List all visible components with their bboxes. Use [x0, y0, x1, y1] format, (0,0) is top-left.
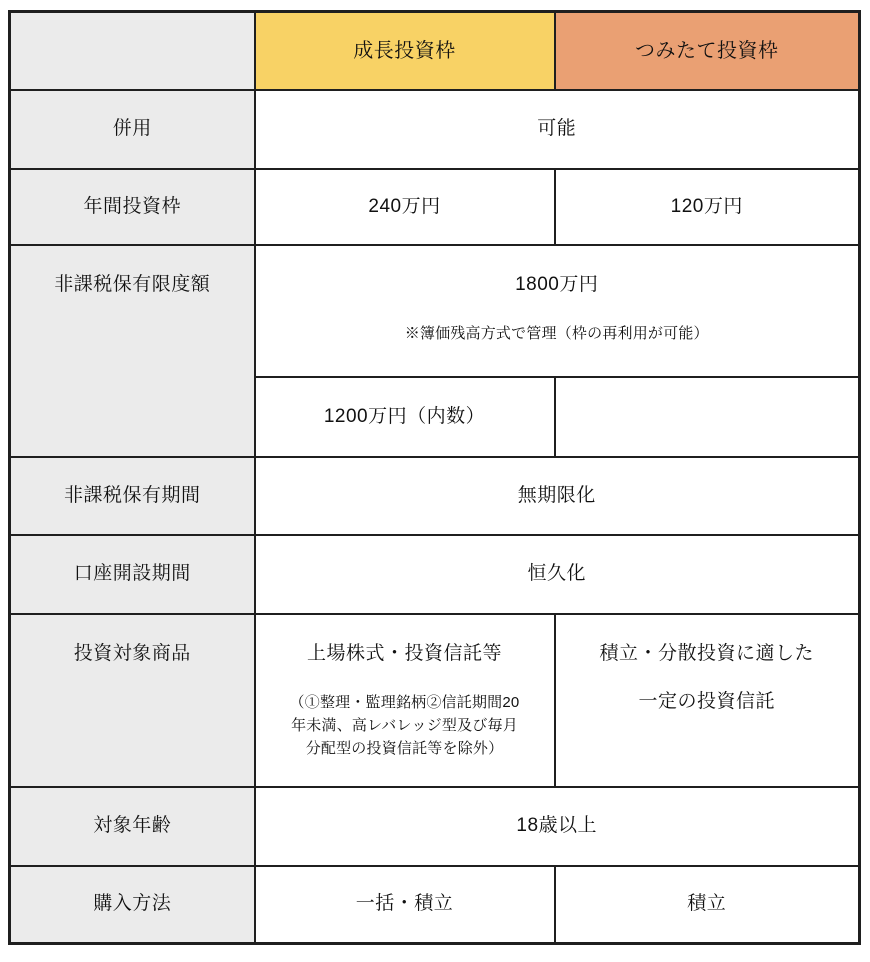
cell-annual-growth: 240万円 — [255, 169, 555, 245]
cell-account-period-value: 恒久化 — [255, 535, 860, 614]
row-annual: 年間投資枠 240万円 120万円 — [10, 169, 860, 245]
row-limit-total: 非課税保有限度額 1800万円 ※簿価残高方式で管理（枠の再利用が可能） — [10, 245, 860, 377]
row-label-holding-period: 非課税保有期間 — [10, 457, 255, 535]
row-label-age: 対象年齢 — [10, 787, 255, 866]
row-purchase: 購入方法 一括・積立 積立 — [10, 866, 860, 944]
row-heiyo: 併用 可能 — [10, 90, 860, 169]
row-label-account-period: 口座開設期間 — [10, 535, 255, 614]
row-account-period: 口座開設期間 恒久化 — [10, 535, 860, 614]
limit-total-value: 1800万円 — [256, 272, 859, 298]
cell-age-value: 18歳以上 — [255, 787, 860, 866]
row-label-heiyo: 併用 — [10, 90, 255, 169]
cell-holding-period-value: 無期限化 — [255, 457, 860, 535]
row-label-limit: 非課税保有限度額 — [10, 245, 255, 457]
nisa-comparison-table: 成長投資枠 つみたて投資枠 併用 可能 年間投資枠 240万円 120万円 非課… — [8, 10, 861, 945]
cell-purchase-growth: 一括・積立 — [255, 866, 555, 944]
cell-limit-tsumitate-inner — [555, 377, 860, 457]
row-label-products: 投資対象商品 — [10, 614, 255, 787]
corner-cell — [10, 12, 255, 90]
nisa-comparison-page: 成長投資枠 つみたて投資枠 併用 可能 年間投資枠 240万円 120万円 非課… — [0, 10, 870, 962]
products-growth-main: 上場株式・投資信託等 — [264, 641, 546, 667]
cell-products-tsumitate: 積立・分散投資に適した 一定の投資信託 — [555, 614, 860, 787]
products-growth-note: （①整理・監理銘柄②信託期間20 年未満、高レバレッジ型及び毎月 分配型の投資信… — [264, 691, 546, 760]
row-products: 投資対象商品 上場株式・投資信託等 （①整理・監理銘柄②信託期間20 年未満、高… — [10, 614, 860, 787]
cell-annual-tsumitate: 120万円 — [555, 169, 860, 245]
header-row: 成長投資枠 つみたて投資枠 — [10, 12, 860, 90]
cell-limit-total: 1800万円 ※簿価残高方式で管理（枠の再利用が可能） — [255, 245, 860, 377]
row-label-annual: 年間投資枠 — [10, 169, 255, 245]
products-tsumitate-line1: 積立・分散投資に適した — [556, 641, 859, 667]
products-tsumitate-line2: 一定の投資信託 — [556, 689, 859, 715]
cell-limit-growth-inner: 1200万円（内数） — [255, 377, 555, 457]
row-age: 対象年齢 18歳以上 — [10, 787, 860, 866]
row-holding-period: 非課税保有期間 無期限化 — [10, 457, 860, 535]
cell-products-growth: 上場株式・投資信託等 （①整理・監理銘柄②信託期間20 年未満、高レバレッジ型及… — [255, 614, 555, 787]
row-label-purchase: 購入方法 — [10, 866, 255, 944]
limit-note: ※簿価残高方式で管理（枠の再利用が可能） — [256, 322, 859, 345]
header-tsumitate: つみたて投資枠 — [555, 12, 860, 90]
cell-heiyo-value: 可能 — [255, 90, 860, 169]
cell-purchase-tsumitate: 積立 — [555, 866, 860, 944]
header-growth: 成長投資枠 — [255, 12, 555, 90]
